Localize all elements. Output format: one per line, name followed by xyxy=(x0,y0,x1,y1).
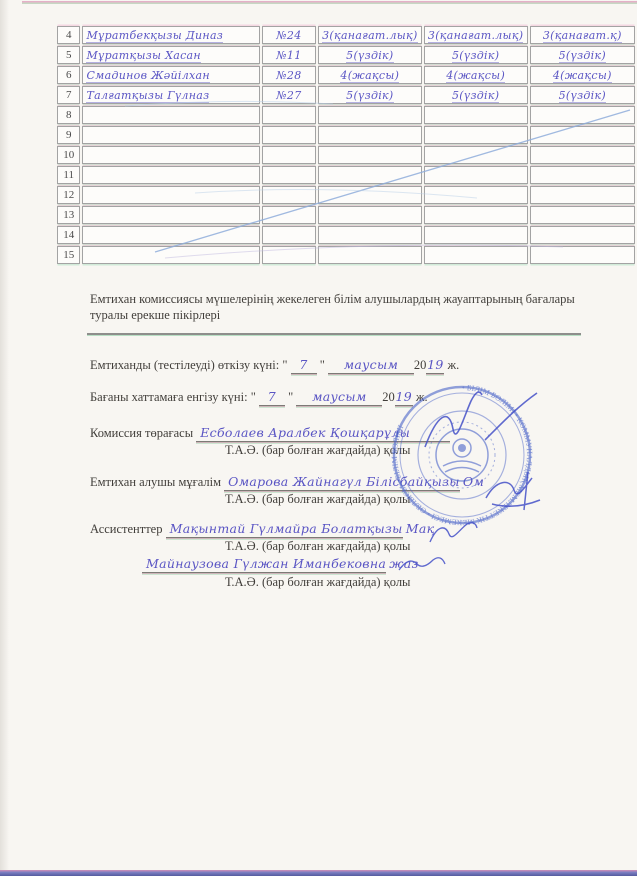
empty-cell xyxy=(424,246,528,264)
exam-date-label: Емтиханды (тестілеуді) өткізу күні: xyxy=(90,358,279,372)
empty-cell xyxy=(262,146,316,164)
ticket-cell: №24 xyxy=(262,26,316,44)
remarks-blank-line xyxy=(87,333,581,335)
grade-cell: 4(жақсы) xyxy=(530,66,635,84)
table-row: 9 xyxy=(57,126,635,144)
student-name-cell: Талғатқызы Гүлназ xyxy=(82,86,259,104)
exam-date-month: маусым xyxy=(328,357,414,374)
empty-cell xyxy=(262,106,316,124)
row-number: 10 xyxy=(57,146,80,164)
protocol-date-label: Бағаны хаттамаға енгізу күні: xyxy=(90,390,248,404)
table-row: 15 xyxy=(57,246,635,264)
row-number: 7 xyxy=(57,86,80,104)
row-number: 8 xyxy=(57,106,80,124)
grade-cell: 3(қанағат.лық) xyxy=(424,26,528,44)
protocol-date-month: маусым xyxy=(296,389,382,406)
remarks-heading: Емтихан комиссиясы мүшелерінің жекелеген… xyxy=(90,291,590,323)
table-row: 7 Талғатқызы Гүлназ №27 5(үздік) 5(үздік… xyxy=(57,86,635,104)
empty-cell xyxy=(318,206,422,224)
assistant-1-name-handwritten: Мақынтай Гүлмайра Болатқызы xyxy=(166,521,403,538)
ticket-cell: №27 xyxy=(262,86,316,104)
empty-cell xyxy=(530,246,635,264)
row-number: 12 xyxy=(57,186,80,204)
empty-cell xyxy=(424,106,528,124)
grade-cell: 5(үздік) xyxy=(530,86,635,104)
empty-cell xyxy=(318,166,422,184)
official-stamp: • БІЛІМ БӨЛІМІ • КОММУНАЛДЫҚ МЕМЛЕКЕТТІК… xyxy=(385,378,540,533)
ticket-cell: №28 xyxy=(262,66,316,84)
empty-cell xyxy=(82,226,259,244)
empty-cell xyxy=(424,226,528,244)
table-row: 10 xyxy=(57,146,635,164)
empty-cell xyxy=(530,226,635,244)
empty-cell xyxy=(318,226,422,244)
chairman-label: Комиссия төрағасы xyxy=(90,426,193,440)
empty-cell xyxy=(424,186,528,204)
grade-cell: 5(үздік) xyxy=(318,46,422,64)
assistant-2-signature-text: жаз xyxy=(389,556,418,571)
student-name-cell: Мұратқызы Хасан xyxy=(82,46,259,64)
signature-caption: Т.А.Ә. (бар болған жағдайда) қолы xyxy=(225,491,410,507)
empty-cell xyxy=(318,106,422,124)
empty-cell xyxy=(530,126,635,144)
protocol-date-line: Бағаны хаттамаға енгізу күні: " 7 " маус… xyxy=(90,389,428,406)
row-number: 11 xyxy=(57,166,80,184)
signature-caption: Т.А.Ә. (бар болған жағдайда) қолы xyxy=(225,442,410,458)
scanned-document-page: 4 Мұратбекқызы Диназ №24 3(қанағат.лық) … xyxy=(0,0,637,876)
row-number: 15 xyxy=(57,246,80,264)
empty-cell xyxy=(82,146,259,164)
grade-cell: 4(жақсы) xyxy=(424,66,528,84)
empty-cell xyxy=(318,186,422,204)
examiner-label: Емтихан алушы мұғалім xyxy=(90,475,221,489)
row-number: 9 xyxy=(57,126,80,144)
empty-cell xyxy=(262,206,316,224)
exam-date-day: 7 xyxy=(291,357,317,374)
table-row: 5 Мұратқызы Хасан №11 5(үздік) 5(үздік) … xyxy=(57,46,635,64)
empty-cell xyxy=(318,246,422,264)
signature-caption: Т.А.Ә. (бар болған жағдайда) қолы xyxy=(225,538,410,554)
scan-edge-bottom xyxy=(0,870,637,876)
table-row: 8 xyxy=(57,106,635,124)
empty-cell xyxy=(82,126,259,144)
empty-cell xyxy=(318,126,422,144)
scan-edge-left xyxy=(0,0,9,876)
row-number: 13 xyxy=(57,206,80,224)
signature-caption: Т.А.Ә. (бар болған жағдайда) қолы xyxy=(225,574,410,590)
empty-cell xyxy=(530,186,635,204)
grade-cell: 5(үздік) xyxy=(318,86,422,104)
empty-cell xyxy=(262,246,316,264)
table-row: 14 xyxy=(57,226,635,244)
assistant-2-line: Майнаузова Гүлжан Иманбековна жаз xyxy=(142,556,419,573)
empty-cell xyxy=(318,146,422,164)
stamp-emblem xyxy=(429,422,495,488)
row-number: 4 xyxy=(57,26,80,44)
protocol-date-day: 7 xyxy=(259,389,285,406)
empty-cell xyxy=(424,126,528,144)
assistants-label: Ассистенттер xyxy=(90,522,162,536)
grades-table: 4 Мұратбекқызы Диназ №24 3(қанағат.лық) … xyxy=(55,24,637,266)
empty-cell xyxy=(262,166,316,184)
empty-cell xyxy=(530,106,635,124)
exam-date-year: 19 xyxy=(426,357,444,374)
row-number: 14 xyxy=(57,226,80,244)
assistant-2-name-handwritten: Майнаузова Гүлжан Иманбековна xyxy=(142,556,386,573)
empty-cell xyxy=(82,106,259,124)
grade-cell: 5(үздік) xyxy=(530,46,635,64)
table-row: 13 xyxy=(57,206,635,224)
table-row: 4 Мұратбекқызы Диназ №24 3(қанағат.лық) … xyxy=(57,26,635,44)
svg-text:• БІЛІМ БӨЛІМІ • КОММУНАЛДЫҚ М: • БІЛІМ БӨЛІМІ • КОММУНАЛДЫҚ МЕМЛЕКЕТТІК… xyxy=(390,383,534,527)
assistants-line: Ассистенттер Мақынтай Гүлмайра Болатқызы… xyxy=(90,521,434,538)
empty-cell xyxy=(424,206,528,224)
table-row: 12 xyxy=(57,186,635,204)
empty-cell xyxy=(530,166,635,184)
empty-cell xyxy=(262,186,316,204)
empty-cell xyxy=(530,146,635,164)
grade-cell: 4(жақсы) xyxy=(318,66,422,84)
student-name-cell: Мұратбекқызы Диназ xyxy=(82,26,259,44)
row-number: 6 xyxy=(57,66,80,84)
table-row: 11 xyxy=(57,166,635,184)
exam-date-line: Емтиханды (тестілеуді) өткізу күні: " 7 … xyxy=(90,357,459,374)
empty-cell xyxy=(424,166,528,184)
ticket-cell: №11 xyxy=(262,46,316,64)
empty-cell xyxy=(82,166,259,184)
stamp-ring-text: • БІЛІМ БӨЛІМІ • КОММУНАЛДЫҚ МЕМЛЕКЕТТІК… xyxy=(390,383,534,527)
empty-cell xyxy=(424,146,528,164)
empty-cell xyxy=(262,126,316,144)
grade-cell: 3(қанағат.қ) xyxy=(530,26,635,44)
empty-cell xyxy=(82,206,259,224)
empty-cell xyxy=(530,206,635,224)
scan-artifact-top xyxy=(22,1,637,4)
empty-cell xyxy=(262,226,316,244)
empty-cell xyxy=(82,246,259,264)
grade-cell: 3(қанағат.лық) xyxy=(318,26,422,44)
row-number: 5 xyxy=(57,46,80,64)
grade-cell: 5(үздік) xyxy=(424,86,528,104)
grade-cell: 5(үздік) xyxy=(424,46,528,64)
table-row: 6 Смадинов Жәйілхан №28 4(жақсы) 4(жақсы… xyxy=(57,66,635,84)
student-name-cell: Смадинов Жәйілхан xyxy=(82,66,259,84)
empty-cell xyxy=(82,186,259,204)
